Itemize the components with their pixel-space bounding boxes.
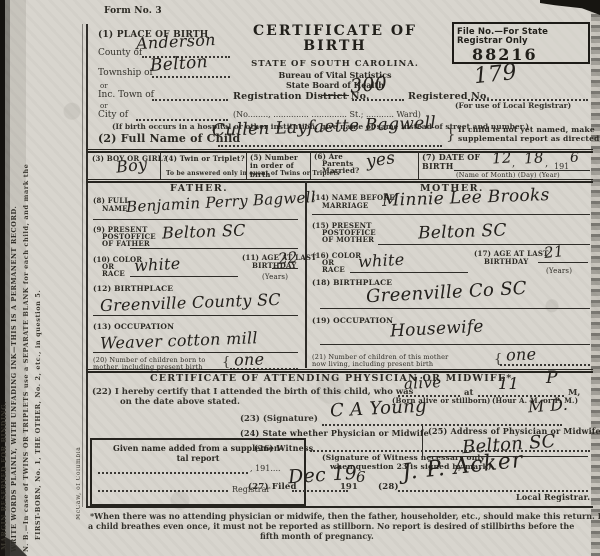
twin-note: To be answered only in event of Twins or… [166,170,316,177]
margin-permanent-record-note: WRITE WORDS PLAINLY, WITH UNFADING INK—T… [11,6,18,552]
band-divider-4 [418,151,419,179]
state-subtitle: STATE OF SOUTH CAROLINA. [235,59,435,70]
father-children-value: one [234,349,265,369]
dob-comma-1: , [512,158,515,171]
supplemental-year-label: , 191.... [250,465,281,473]
mother-age-value: 21 [543,242,564,262]
form-left-border [86,24,88,507]
form-bottom-border [86,506,593,508]
bureau-subtitle: Bureau of Vital Statistics [235,70,435,80]
township-value: Belton [149,52,208,76]
father-name-line [93,219,298,220]
footnote-line3: fifth month of pregnancy. [260,531,374,541]
physician-signature-suffix: M D. [527,395,568,417]
mother-occupation-value: Housewife [390,317,485,342]
mother-age-unit: (Years) [546,267,572,275]
footnote-line2: a child breathes even once, it must not … [88,521,574,531]
margin-binding-note: MARGIN RESERVED FOR BINDING. [1,10,8,550]
registered-no-value: 179 [473,60,518,89]
physician-signature-value: C A Young [330,395,428,421]
witness-line [310,450,590,452]
form-left-border-inner [82,24,83,507]
father-race-line [130,276,238,277]
physician-section-header: CERTIFICATE OF ATTENDING PHYSICIAN OR MI… [150,373,512,384]
hour-value: 11 [498,374,519,393]
parents-married-label-3: Married? [322,167,359,175]
born-alive-value: alive [404,373,442,393]
father-race-value: white [134,254,181,275]
township-label: Township of [98,68,153,79]
mother-po-value: Belton SC [418,220,507,243]
question-28-label: (28) [378,482,399,492]
form-number: Form No. 3 [104,6,162,17]
father-po-line [130,248,298,249]
father-birthplace-line [93,315,298,316]
registration-district-label: Registration District No. [233,91,369,102]
child-note-brace: } [446,125,456,144]
board-subtitle: State Board of Health [235,80,435,90]
father-age-line [272,268,298,269]
inc-town-label: Inc. Town of [98,90,154,101]
witness-label: (26) Witness [254,444,313,454]
margin-twins-note-line1: N. B.—In case of TWINS OR TRIPLETS use a… [23,4,30,552]
parents-married-value: yes [365,148,397,172]
father-name-value: Benjamin Perry Bagwell [126,188,317,216]
file-number-box: File No.—For State Registrar Only 88216 [452,22,590,64]
city-label: City of [98,110,128,121]
mother-name-label-2: MARRIAGE [322,202,368,210]
father-name-label-2: NAME [102,205,128,213]
scanned-birth-certificate: MARGIN RESERVED FOR BINDING. WRITE WORDS… [0,0,600,556]
dob-label-2: BIRTH [422,162,454,172]
mother-name-line [312,214,590,215]
dob-comma-2: , [545,158,548,171]
scan-edge-right [591,0,600,556]
mother-birthplace-line [320,308,590,309]
father-mother-divider [305,181,307,368]
mother-race-line [350,272,468,273]
mother-race-value: white [358,250,405,271]
sex-value: Boy [115,154,148,176]
certificate-header: CERTIFICATE OF BIRTH STATE OF SOUTH CARO… [235,24,435,96]
mother-age-line [538,262,588,263]
child-unnamed-note-line2: supplemental report as directed [458,134,599,143]
township-line [152,76,230,78]
mother-occupation-line [320,344,590,345]
mother-name-value: Minnie Lee Brooks [382,185,550,211]
father-occupation-line [93,352,298,353]
dob-note: (Name of Month) (Day) (Year) [456,172,560,180]
certify-statement-end: on the date above stated. [120,397,240,408]
supplemental-note-line2: tal report [92,453,304,463]
mother-occupation-label: (19) OCCUPATION [312,316,393,325]
supplemental-date-line [98,472,248,474]
mother-race-label-3: RACE [322,266,345,274]
file-number-label: File No.—For State Registrar Only [457,28,585,45]
filed-year-written: 6 [356,468,366,486]
registration-district-value: 300 [349,72,388,97]
mother-children-label-2: now living, including present birth [312,361,433,369]
mother-race-label-1: (16) COLOR [312,252,361,260]
mother-children-line [500,364,590,366]
dob-year-written: 6 [570,150,579,166]
county-value: Anderson [136,30,217,53]
dob-day-value: 18 [523,148,544,167]
file-number-value: 88216 [472,47,588,63]
father-age-value: 22 [277,248,298,268]
father-occupation-value: Weaver cotton mill [100,328,258,352]
father-occupation-label: (13) OCCUPATION [93,322,174,331]
ampm-value: P [546,368,558,388]
signature-label: (23) (Signature) [240,414,318,425]
father-birthplace-value: Greenville County SC [100,290,281,315]
father-race-label-3: RACE [102,270,125,278]
mother-age-label-2: BIRTHDAY [484,258,528,266]
father-birthplace-label: (12) BIRTHPLACE [93,284,173,293]
local-registrar-use-note: (For use of Local Registrar) [455,101,571,110]
local-registrar-label: Local Registrar. [516,493,590,503]
mother-po-label-3: OF MOTHER [322,236,374,244]
inc-town-line [152,99,228,101]
margin-twins-note-line2: FIRST-BORN, No. 1, THE OTHER, No. 2, etc… [35,40,42,540]
father-po-value: Belton SC [162,221,246,243]
supplemental-registrar-line [98,490,228,492]
mother-children-value: one [506,344,537,364]
dob-month-value: 12 [491,148,512,167]
child-unnamed-note-line1: If child is not yet named, make [458,125,595,134]
footnote-line1: *When there was no attending physician o… [90,511,600,521]
registration-district-line [352,99,404,101]
child-name-line [218,145,442,147]
certificate-title: CERTIFICATE OF BIRTH [235,24,435,55]
twin-label: (4) Twin or Triplet? [165,155,245,163]
father-age-unit: (Years) [262,273,288,281]
